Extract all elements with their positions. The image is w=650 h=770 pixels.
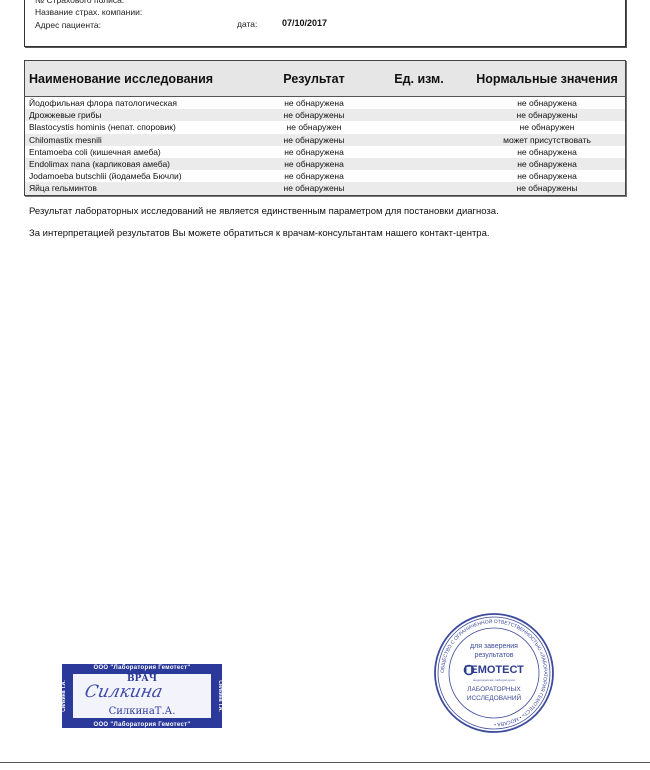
- result-cell: не обнаружена: [259, 146, 369, 158]
- norm-cell: не обнаружен: [469, 121, 626, 133]
- page-bottom-divider: [0, 762, 650, 763]
- patient-info-box: № Страхового полиса: Название страх. ком…: [24, 0, 626, 47]
- test-name-cell: Endolimax nana (карликовая амеба): [25, 158, 260, 170]
- norm-cell: не обнаружена: [469, 170, 626, 182]
- address-label: Адрес пациента:: [35, 20, 101, 30]
- seal-line2: результатов: [433, 652, 555, 659]
- unit-cell: [369, 158, 469, 170]
- result-cell: не обнаружены: [259, 134, 369, 146]
- result-cell: не обнаружены: [259, 109, 369, 121]
- table-row: Яйца гельминтовне обнаруженыне обнаружен…: [25, 182, 626, 195]
- unit-cell: [369, 146, 469, 158]
- header-unit: Ед. изм.: [369, 61, 469, 97]
- result-cell: не обнаружена: [259, 170, 369, 182]
- lab-seal-stamp: ОБЩЕСТВО С ОГРАНИЧЕННОЙ ОТВЕТСТВЕННОСТЬЮ…: [433, 612, 555, 734]
- unit-cell: [369, 134, 469, 146]
- disclaimer-note: Результат лабораторных исследований не я…: [29, 206, 499, 217]
- norm-cell: не обнаружена: [469, 158, 626, 170]
- doctor-stamp-org-top: ООО "Лаборатория Гемотест": [62, 665, 222, 671]
- norm-cell: не обнаружена: [469, 146, 626, 158]
- norm-cell: может присутствовать: [469, 134, 626, 146]
- table-row: Йодофильная флора патологическаяне обнар…: [25, 97, 626, 110]
- policy-label: № Страхового полиса:: [35, 0, 124, 5]
- unit-cell: [369, 97, 469, 110]
- table-row: Entamoeba coli (кишечная амеба)не обнару…: [25, 146, 626, 158]
- test-name-cell: Яйца гельминтов: [25, 182, 260, 195]
- result-cell: не обнаружена: [259, 158, 369, 170]
- table-row: Blastocystis hominis (непат. споровик)не…: [25, 121, 626, 133]
- test-name-cell: Йодофильная флора патологическая: [25, 97, 260, 110]
- table-header-row: Наименование исследования Результат Ед. …: [25, 61, 626, 97]
- date-value: 07/10/2017: [282, 18, 327, 28]
- seal-line1: для заверения: [433, 643, 555, 650]
- result-cell: не обнаружены: [259, 182, 369, 195]
- test-name-cell: Blastocystis hominis (непат. споровик): [25, 121, 260, 133]
- result-cell: не обнаружена: [259, 97, 369, 110]
- norm-cell: не обнаружены: [469, 109, 626, 121]
- doctor-stamp-side-right: Силкина Т.А.: [217, 680, 223, 712]
- header-norm: Нормальные значения: [469, 61, 626, 97]
- table-row: Chilomastix mesniliне обнаруженыможет пр…: [25, 134, 626, 146]
- seal-line4: ИССЛЕДОВАНИЙ: [433, 695, 555, 702]
- test-name-cell: Chilomastix mesnili: [25, 134, 260, 146]
- seal-line3: ЛАБОРАТОРНЫХ: [433, 686, 555, 693]
- doctor-stamp-org-bottom: ООО "Лаборатория Гемотест": [62, 722, 222, 728]
- test-name-cell: Entamoeba coli (кишечная амеба): [25, 146, 260, 158]
- table-body: Йодофильная флора патологическаяне обнар…: [25, 97, 626, 196]
- insurer-label: Название страх. компании:: [35, 7, 142, 17]
- results-table: Наименование исследования Результат Ед. …: [24, 60, 626, 196]
- unit-cell: [369, 170, 469, 182]
- norm-cell: не обнаружены: [469, 182, 626, 195]
- header-name: Наименование исследования: [25, 61, 260, 97]
- doctor-stamp-side-left: Силкина Т.А.: [61, 680, 67, 712]
- contact-note: За интерпретацией результатов Вы можете …: [29, 228, 490, 239]
- test-name-cell: Jodamoeba butschlii (йодамеба Бючли): [25, 170, 260, 182]
- result-cell: не обнаружен: [259, 121, 369, 133]
- unit-cell: [369, 109, 469, 121]
- header-result: Результат: [259, 61, 369, 97]
- unit-cell: [369, 121, 469, 133]
- doctor-stamp: ООО "Лаборатория Гемотест" Силкина Т.А. …: [62, 664, 222, 728]
- table-row: Дрожжевые грибыне обнаруженыне обнаружен…: [25, 109, 626, 121]
- date-label: дата:: [237, 19, 257, 29]
- doctor-stamp-inner: ВРАЧ Силкина СилкинаТ.А.: [72, 673, 212, 719]
- seal-brand-sub: медицинская лаборатория: [433, 678, 555, 682]
- doctor-signature: Силкина: [83, 682, 164, 702]
- seal-brand: ГЕМОТЕСТ: [433, 664, 555, 676]
- table-row: Endolimax nana (карликовая амеба)не обна…: [25, 158, 626, 170]
- doctor-stamp-name: СилкинаТ.А.: [73, 706, 211, 717]
- unit-cell: [369, 182, 469, 195]
- table-row: Jodamoeba butschlii (йодамеба Бючли)не о…: [25, 170, 626, 182]
- test-name-cell: Дрожжевые грибы: [25, 109, 260, 121]
- norm-cell: не обнаружена: [469, 97, 626, 110]
